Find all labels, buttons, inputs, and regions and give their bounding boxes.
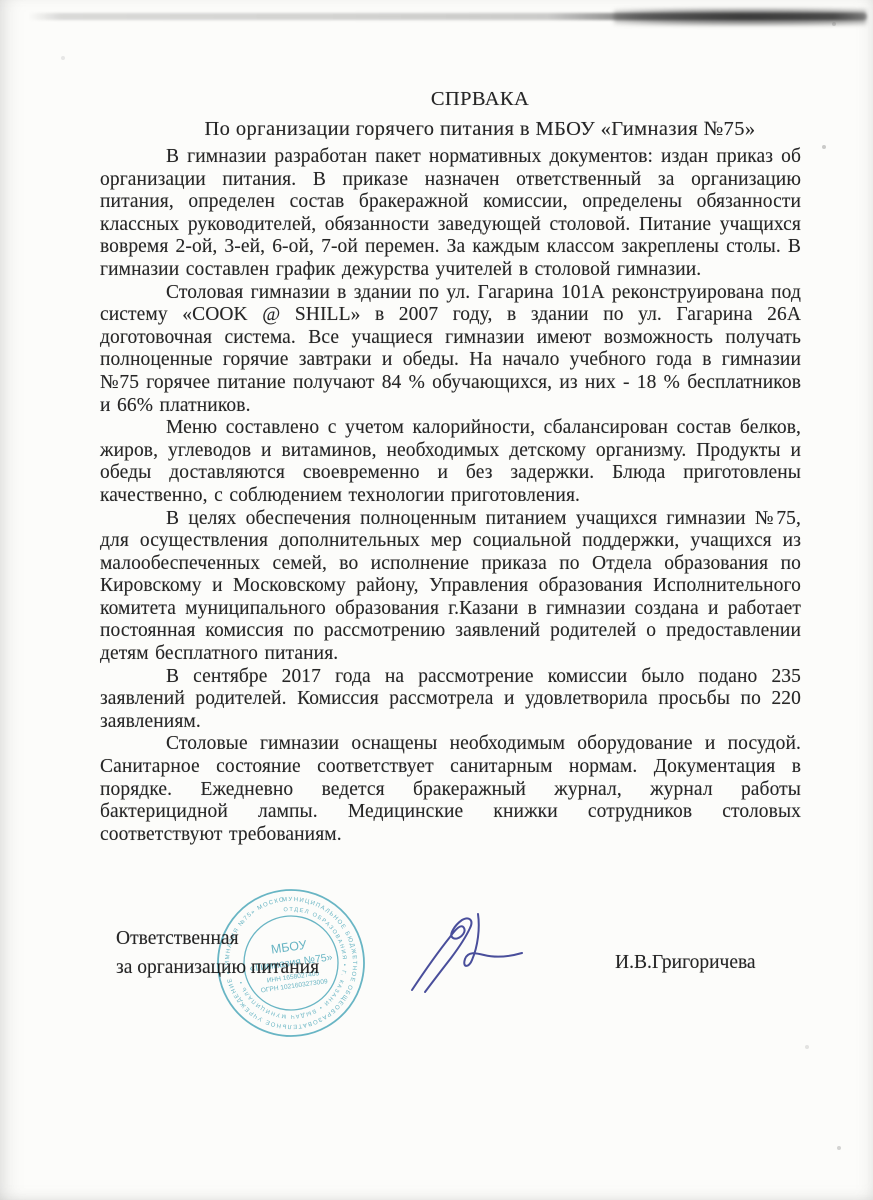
document-subtitle: По организации горячего питания в МБОУ «… [130,114,830,144]
signature-stroke-main [412,918,471,992]
signature-name: И.В.Григоричева [615,952,756,974]
document-header: СПРВАКА По организации горячего питания … [130,84,830,144]
signature-stroke-tail [464,914,522,966]
paragraph-commission: В целях обеспечения полноценным питанием… [100,508,801,666]
paragraph-canteen-buildings: Столовая гимназии в здании по ул. Гагари… [100,282,801,418]
handwritten-signature [398,906,528,1001]
paragraph-menu: Меню составлено с учетом калорийности, с… [100,417,801,507]
scanner-artifact-blob [614,9,866,25]
official-stamp: МУНИЦИПАЛЬНОЕ БЮДЖЕТНОЕ ОБЩЕОБРАЗОВАТЕЛЬ… [213,885,369,1041]
scanned-document-page: СПРВАКА По организации горячего питания … [0,0,873,1200]
paragraph-normative-documents: В гимназии разработан пакет нормативных … [100,146,801,282]
paragraph-applications: В сентябре 2017 года на рассмотрение ком… [100,666,801,734]
scan-speckles [0,0,2,2]
document-body: В гимназии разработан пакет нормативных … [100,146,801,846]
document-title: СПРВАКА [130,84,830,114]
paragraph-sanitary: Столовые гимназии оснащены необходимым о… [100,733,801,846]
stamp-org-abbr: МБОУ [270,938,308,957]
stamp-org-name: «Гимназия №75» [249,951,334,975]
